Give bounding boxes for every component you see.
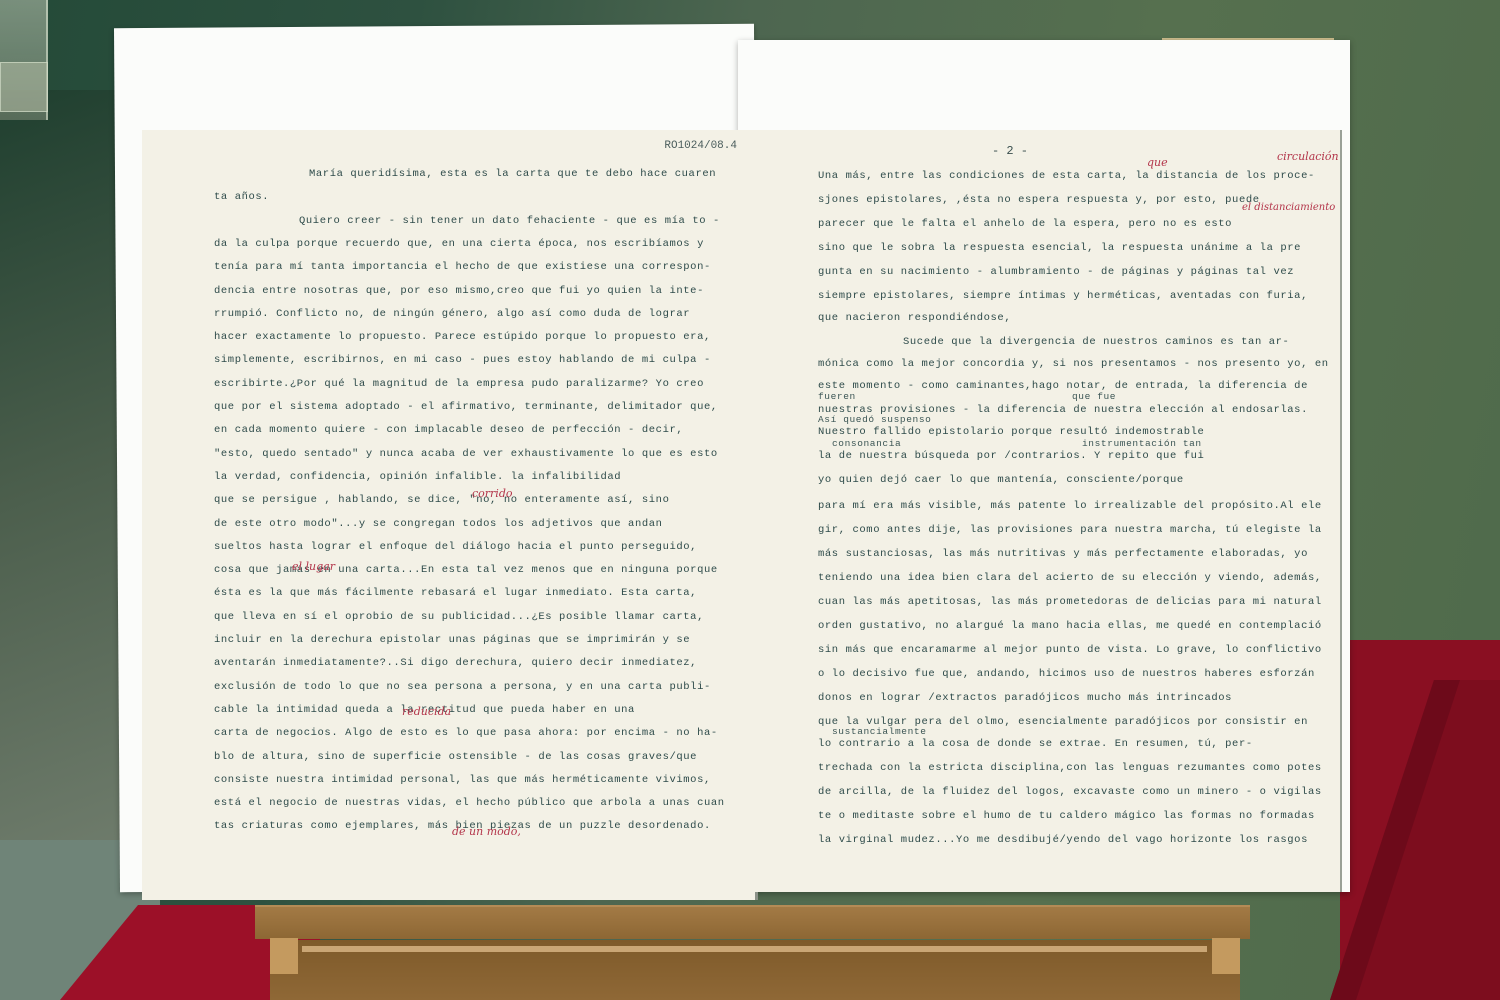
handwritten-note: reducida — [402, 705, 451, 718]
typed-line: más sustanciosas, las más nutritivas y m… — [818, 548, 1308, 560]
typed-line: de arcilla, de la fluidez del logos, exc… — [818, 786, 1322, 798]
handwritten-note: que — [1147, 156, 1168, 169]
typed-line: de este otro modo"...y se congregan todo… — [214, 518, 663, 530]
handwritten-note: de un modo, — [452, 825, 521, 838]
typed-line: trechada con la estricta disciplina,con … — [818, 762, 1322, 774]
typed-line: mónica como la mejor concordia y, si nos… — [818, 358, 1329, 370]
typed-line: yo quien dejó caer lo que mantenía, cons… — [818, 474, 1184, 486]
handwritten-note: el distanciamiento — [1242, 202, 1335, 213]
archive-reference: RO1024/08.4 — [664, 140, 737, 152]
typed-line: sjones epistolares, ,ésta no espera resp… — [818, 194, 1260, 206]
page-number: - 2 - — [992, 144, 1028, 158]
typed-line: rrumpió. Conflicto no, de ningún género,… — [214, 308, 690, 320]
typed-line: consiste nuestra intimidad personal, las… — [214, 774, 711, 786]
typed-line: gunta en su nacimiento - alumbramiento -… — [818, 266, 1294, 278]
typed-line: Quiero creer - sin tener un dato fehacie… — [299, 215, 720, 227]
interlinear-typed-note: instrumentación tan — [1082, 438, 1202, 449]
typed-line: teniendo una idea bien clara del acierto… — [818, 572, 1322, 584]
typed-line: blo de altura, sino de superficie ostens… — [214, 751, 697, 763]
typed-line: sueltos hasta lograr el enfoque del diál… — [214, 541, 697, 553]
typed-line: o lo decisivo fue que, andando, hicimos … — [818, 668, 1315, 680]
typed-line: la de nuestra búsqueda por /contrarios. … — [818, 450, 1204, 462]
typed-line: cuan las más apetitosas, las más promete… — [818, 596, 1322, 608]
typed-line: que lleva en sí el oprobio de su publici… — [214, 611, 704, 623]
typed-line: parecer que le falta el anhelo de la esp… — [818, 218, 1232, 230]
typed-line: la verdad, confidencia, opinión infalibl… — [214, 471, 621, 483]
typed-line: que por el sistema adoptado - el afirmat… — [214, 401, 718, 413]
typed-line: orden gustativo, no alargué la mano haci… — [818, 620, 1322, 632]
typed-line: para mí era más visible, más patente lo … — [818, 500, 1322, 512]
typed-line: ta años. — [214, 191, 269, 203]
typed-line: tenía para mí tanta importancia el hecho… — [214, 261, 711, 273]
handwritten-note: el lugar — [292, 560, 335, 573]
typed-line: María queridísima, esta es la carta que … — [309, 168, 716, 180]
typed-line: te o meditaste sobre el humo de tu calde… — [818, 810, 1315, 822]
manuscript-page-right: - 2 - Una más, entre las condiciones de … — [752, 130, 1342, 892]
typed-line: Una más, entre las condiciones de esta c… — [818, 170, 1315, 182]
typed-line: "esto, quedo sentado" y nunca acaba de v… — [214, 448, 718, 460]
handwritten-note: circulación — [1277, 150, 1339, 163]
typed-line: da la culpa porque recuerdo que, en una … — [214, 238, 704, 250]
typed-line: ésta es la que más fácilmente rebasará e… — [214, 587, 697, 599]
wooden-stand-ledge — [255, 905, 1250, 939]
typed-line: la virginal mudez...Yo me desdibujé/yend… — [818, 834, 1308, 846]
typed-line: sino que le sobra la respuesta esencial,… — [818, 242, 1301, 254]
typed-line: incluir en la derechura epistolar unas p… — [214, 634, 690, 646]
interlinear-typed-note: consonancia — [832, 438, 901, 449]
wooden-stand-peg-left — [270, 938, 298, 974]
typed-line: Sucede que la divergencia de nuestros ca… — [903, 336, 1289, 348]
typed-line: siempre epistolares, siempre íntimas y h… — [818, 290, 1308, 302]
interlinear-typed-note: que fue — [1072, 391, 1116, 402]
typed-line: que nacieron respondiéndose, — [818, 312, 1011, 324]
interlinear-typed-note: fueren — [818, 391, 856, 402]
typed-line: simplemente, escribirnos, en mi caso - p… — [214, 354, 711, 366]
typed-line: en cada momento quiere - con implacable … — [214, 424, 683, 436]
typed-line: escribirte.¿Por qué la magnitud de la em… — [214, 378, 704, 390]
typed-line: exclusión de todo lo que no sea persona … — [214, 681, 711, 693]
manuscript-page-left: RO1024/08.4 María queridísima, esta es l… — [142, 130, 758, 900]
typed-line: está el negocio de nuestras vidas, el he… — [214, 797, 725, 809]
typed-line: gir, como antes dije, las provisiones pa… — [818, 524, 1322, 536]
typed-line: sin más que encaramarme al mejor punto d… — [818, 644, 1322, 656]
typed-line: lo contrario a la cosa de donde se extra… — [818, 738, 1253, 750]
wooden-stand-rail — [302, 946, 1207, 952]
wooden-stand-peg-right — [1212, 938, 1240, 974]
interlinear-typed-note: sustancialmente — [832, 726, 927, 737]
interlinear-typed-note: Así quedó suspenso — [818, 414, 931, 425]
acrylic-display-foot — [0, 62, 48, 112]
typed-line: donos en lograr /extractos paradójicos m… — [818, 692, 1232, 704]
typed-line: carta de negocios. Algo de esto es lo qu… — [214, 727, 718, 739]
typed-line: Nuestro fallido epistolario porque resul… — [818, 426, 1204, 438]
typed-line: dencia entre nosotras que, por eso mismo… — [214, 285, 704, 297]
typed-line: este momento - como caminantes,hago nota… — [818, 380, 1308, 392]
handwritten-note: corrido — [472, 487, 512, 500]
typed-line: hacer exactamente lo propuesto. Parece e… — [214, 331, 711, 343]
typed-line: aventarán inmediatamente?..Si digo derec… — [214, 657, 697, 669]
typed-line: que se persigue , hablando, se dice, "no… — [214, 494, 669, 506]
typed-line: cosa que jamás en una carta...En esta ta… — [214, 564, 718, 576]
